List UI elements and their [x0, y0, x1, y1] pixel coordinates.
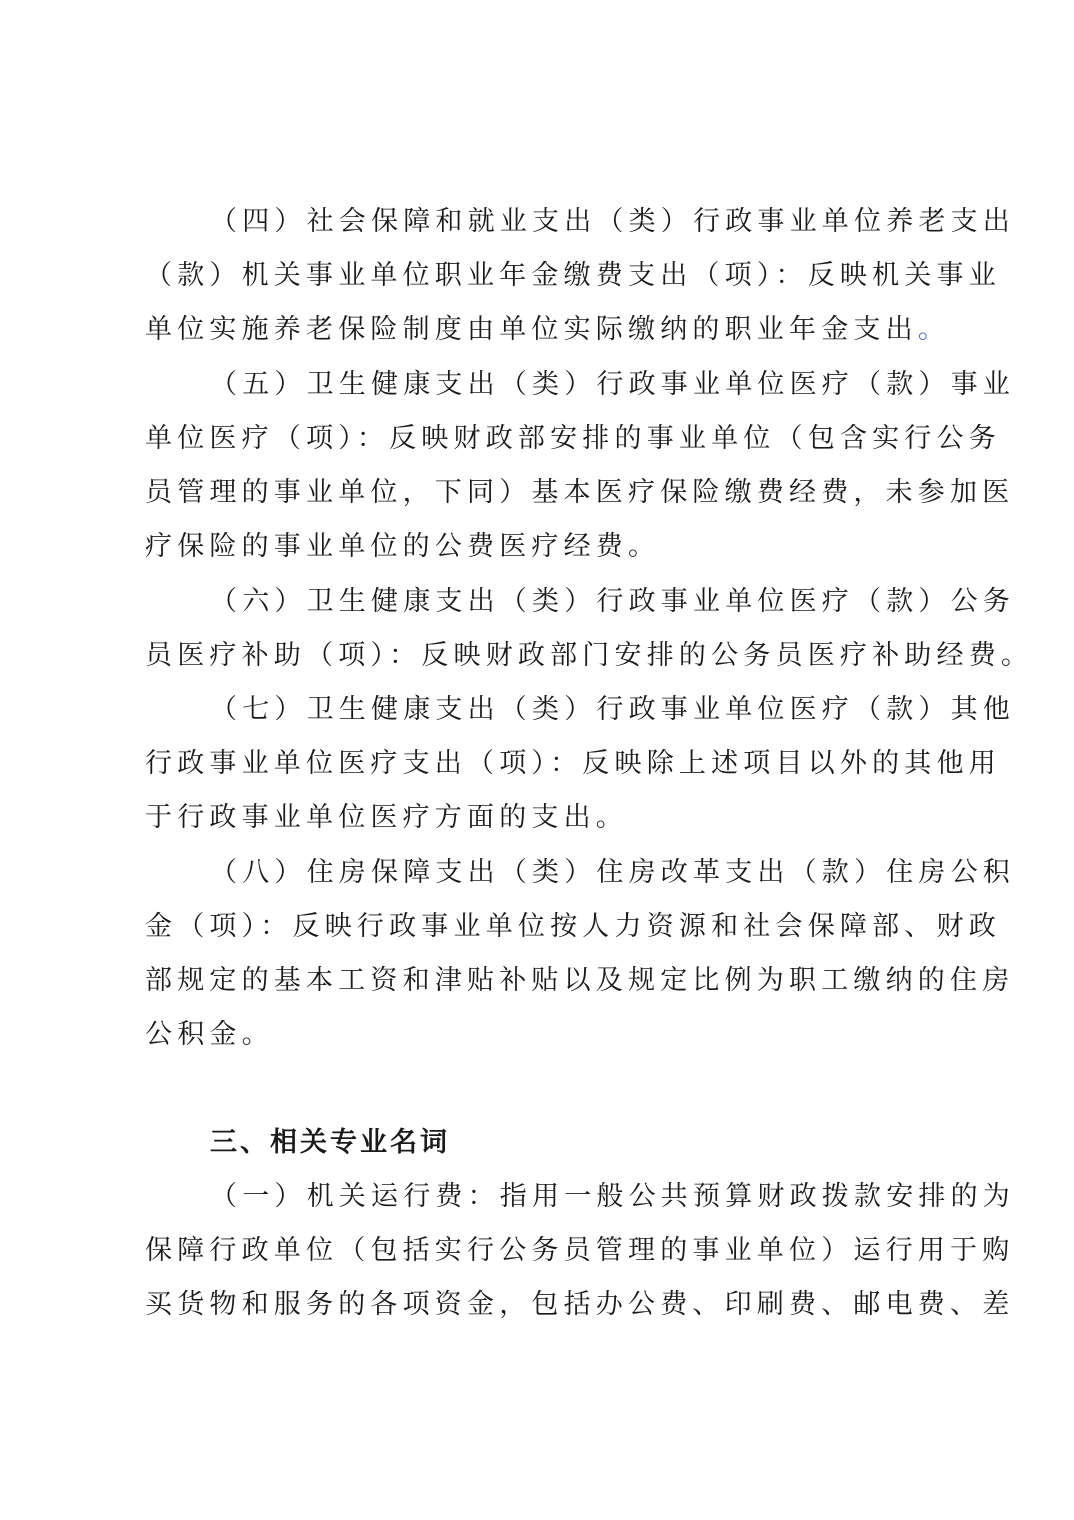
- paragraph-4-line-3-text: 单位实施养老保险制度由单位实际缴纳的职业年金支出: [145, 314, 918, 345]
- section-heading: 三、相关专业名词: [210, 1123, 1000, 1163]
- paragraph-6-line-2: 员医疗补助（项）：反映财政部门安排的公务员医疗补助经费。: [145, 636, 935, 676]
- paragraph-8-line-1: （八）住房保障支出（类）住房改革支出（款）住房公积: [210, 853, 1000, 893]
- paragraph-7-line-3: 于行政事业单位医疗方面的支出。: [145, 798, 935, 838]
- paragraph-4-line-1: （四）社会保障和就业支出（类）行政事业单位养老支出: [210, 202, 1000, 242]
- paragraph-5-line-4: 疗保险的事业单位的公费医疗经费。: [145, 527, 935, 567]
- paragraph-8-line-4: 公积金。: [145, 1015, 935, 1055]
- paragraph-8-line-3: 部规定的基本工资和津贴补贴以及规定比例为职工缴纳的住房: [145, 961, 935, 1001]
- paragraph-5-line-2: 单位医疗（项）：反映财政部安排的事业单位（包含实行公务: [145, 419, 935, 459]
- blue-period-mark: 。: [918, 314, 950, 345]
- paragraph-4-line-3: 单位实施养老保险制度由单位实际缴纳的职业年金支出。: [145, 310, 935, 350]
- paragraph-6-line-1: （六）卫生健康支出（类）行政事业单位医疗（款）公务: [210, 582, 1000, 622]
- paragraph-8-line-2: 金（项）：反映行政事业单位按人力资源和社会保障部、财政: [145, 907, 935, 947]
- paragraph-5-line-1: （五）卫生健康支出（类）行政事业单位医疗（款）事业: [210, 365, 1000, 405]
- paragraph-7-line-1: （七）卫生健康支出（类）行政事业单位医疗（款）其他: [210, 690, 1000, 730]
- document-page: （四）社会保障和就业支出（类）行政事业单位养老支出 （款）机关事业单位职业年金缴…: [0, 0, 1074, 1520]
- section-paragraph-1-line-3: 买货物和服务的各项资金，包括办公费、印刷费、邮电费、差: [145, 1285, 935, 1325]
- section-paragraph-1-line-2: 保障行政单位（包括实行公务员管理的事业单位）运行用于购: [145, 1231, 935, 1271]
- paragraph-4-line-2: （款）机关事业单位职业年金缴费支出（项）：反映机关事业: [145, 256, 935, 296]
- paragraph-5-line-3: 员管理的事业单位，下同）基本医疗保险缴费经费，未参加医: [145, 473, 935, 513]
- paragraph-7-line-2: 行政事业单位医疗支出（项）：反映除上述项目以外的其他用: [145, 744, 935, 784]
- section-paragraph-1-line-1: （一）机关运行费：指用一般公共预算财政拨款安排的为: [210, 1177, 1000, 1217]
